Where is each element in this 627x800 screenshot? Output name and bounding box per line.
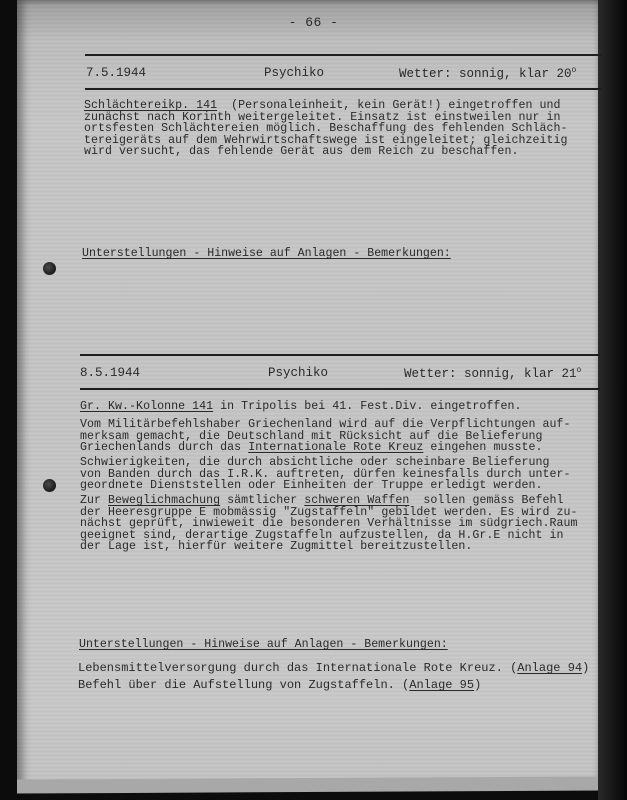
punch-hole-top bbox=[43, 262, 56, 275]
entry-1-location: Psychiko bbox=[264, 66, 324, 80]
scan-edge-shadow bbox=[598, 0, 627, 800]
punch-hole-bottom bbox=[43, 479, 56, 492]
unit-name: Gr. Kw.-Kolonne 141 bbox=[80, 400, 213, 413]
annex-reference: Anlage 95 bbox=[409, 678, 474, 692]
paper-bottom-edge bbox=[17, 776, 602, 793]
entry-1-date: 7.5.1944 bbox=[86, 66, 146, 80]
entry-2-para-4: Zur Beweglichmachung sämtlicher schweren… bbox=[80, 495, 578, 553]
annex-reference: Anlage 94 bbox=[517, 661, 582, 675]
entry-2-weather: Wetter: sonnig, klar 21o bbox=[404, 366, 581, 381]
entry-1-weather: Wetter: sonnig, klar 20o bbox=[399, 66, 576, 81]
entry-1-body: Schlächtereikp. 141 (Personaleinheit, ke… bbox=[84, 100, 568, 158]
entry-2-top-rule bbox=[80, 354, 600, 356]
entry-1-remarks-heading: Unterstellungen - Hinweise auf Anlagen -… bbox=[82, 247, 451, 260]
page-number: - 66 - bbox=[0, 15, 627, 30]
remark-annex-94: Lebensmittelversorgung durch das Interna… bbox=[78, 661, 589, 675]
entry-2-para-1: Gr. Kw.-Kolonne 141 in Tripolis bei 41. … bbox=[80, 401, 521, 413]
entry-2-para-3: Schwierigkeiten, die durch absichtliche … bbox=[80, 457, 571, 492]
remark-annex-95: Befehl über die Aufstellung von Zugstaff… bbox=[78, 678, 481, 692]
scanned-page: - 66 - 7.5.1944 Psychiko Wetter: sonnig,… bbox=[0, 0, 627, 800]
entry-1-top-rule bbox=[85, 54, 602, 56]
entry-2-remarks-heading: Unterstellungen - Hinweise auf Anlagen -… bbox=[79, 638, 448, 651]
entry-2-para-2: Vom Militärbefehlshaber Griechenland wir… bbox=[80, 419, 571, 454]
entry-2-date: 8.5.1944 bbox=[80, 366, 140, 380]
entry-2-bottom-rule bbox=[80, 388, 600, 390]
entry-1-bottom-rule bbox=[85, 88, 602, 90]
entry-2-location: Psychiko bbox=[268, 366, 328, 380]
